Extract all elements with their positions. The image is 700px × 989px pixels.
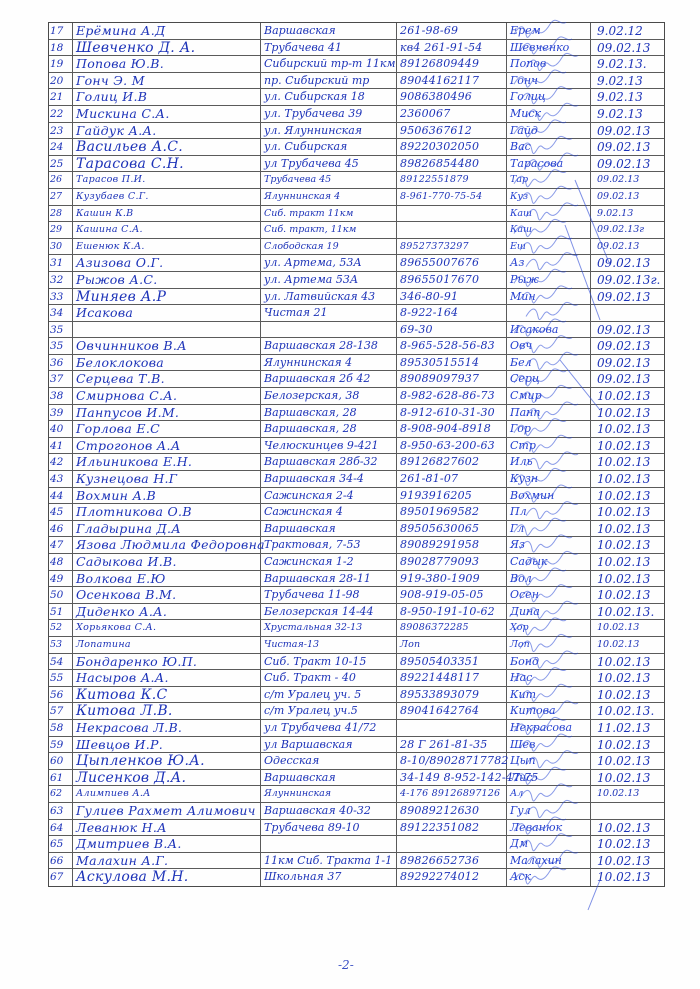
full-name-cell: Китова К.С [73,687,261,703]
full-name-cell: Насыров А.А. [73,670,261,686]
signature-cell: Дм [507,836,591,852]
date-cell: 09.02.13 [591,371,664,387]
signature-table: 17Ерёмина А.ДВаршавская261-98-69Ерем9.02… [48,22,665,887]
full-name-cell: Панпусов И.М. [73,405,261,421]
date-cell: 9.02.13 [591,206,664,222]
table-row: 51Диденко А.А.Белозерская 14-448-950-191… [49,604,664,621]
row-number-cell: 62 [49,786,73,802]
date-cell: 9.02.13. [591,56,664,72]
address-cell: Ялуннинская 4 [261,189,397,205]
date-cell: 9.02.13 [591,73,664,89]
phone-cell: 89221448117 [397,670,507,686]
full-name-cell: Садыкова И.В. [73,554,261,570]
full-name-cell: Рыжов А.С. [73,272,261,288]
row-number-cell: 42 [49,454,73,470]
date-cell: 10.02.13 [591,488,664,504]
date-cell: 09.02.13 [591,289,664,305]
signature-cell: Лис [507,770,591,786]
phone-cell: 28 Г 261-81-35 [397,737,507,753]
date-cell: 10.02.13. [591,703,664,719]
table-row: 54Бондаренко Ю.П.Сиб. Тракт 10-158950540… [49,654,664,671]
full-name-cell: Попова Ю.В. [73,56,261,72]
signature-cell: Тарасова [507,156,591,172]
full-name-cell: Малахин А.Г. [73,853,261,869]
table-row: 21Голиц И.Вул. Сибирская 189086380496Гол… [49,89,664,106]
row-number-cell: 30 [49,239,73,255]
address-cell: Сиб. Тракт - 40 [261,670,397,686]
phone-cell: 8-982-628-86-73 [397,388,507,404]
full-name-cell: Вохмин А.В [73,488,261,504]
row-number-cell: 46 [49,521,73,537]
table-row: 56Китова К.Сс/т Уралец уч. 589533893079К… [49,687,664,704]
address-cell: Варшавская 28б-32 [261,454,397,470]
row-number-cell: 67 [49,869,73,886]
phone-cell: 89044162117 [397,73,507,89]
row-number-cell: 37 [49,371,73,387]
address-cell: Трактовая, 7-53 [261,537,397,553]
date-cell: 09.02.13 [591,123,664,139]
signature-cell: Некрасова [507,720,591,736]
table-row: 31Азизова О.Г.ул. Артема, 53А89655007676… [49,255,664,272]
address-cell: Сибирский тр-т 11км [261,56,397,72]
full-name-cell: Лисенков Д.А. [73,770,261,786]
table-row: 40Горлова Е.СВаршавская, 288-908-904-891… [49,421,664,438]
full-name-cell [73,322,261,338]
phone-cell: 89505630065 [397,521,507,537]
table-row: 20Гонч Э. Мпр. Сибирский тр89044162117Го… [49,73,664,90]
table-row: 47Язова Людмила ФедоровнаТрактовая, 7-53… [49,537,664,554]
address-cell: Трубачева 45 [261,172,397,188]
date-cell: 10.02.13 [591,537,664,553]
phone-cell: 89126809449 [397,56,507,72]
signature-cell: Голиц [507,89,591,105]
signature-cell: Дина [507,604,591,620]
row-number-cell: 21 [49,89,73,105]
table-row: 59Шевцов И.Р.ул Варшавская28 Г 261-81-35… [49,737,664,754]
date-cell [591,803,664,819]
address-cell: Челюскинцев 9-421 [261,438,397,454]
signature-cell: Ерем [507,23,591,39]
signature-cell: Кит [507,687,591,703]
phone-cell: 9506367612 [397,123,507,139]
date-cell: 10.02.13 [591,786,664,802]
signature-cell: Серц [507,371,591,387]
address-cell [261,322,397,338]
table-row: 27Кузубаев С.Г.Ялуннинская 48-961-770-75… [49,189,664,206]
full-name-cell: Белоклокова [73,355,261,371]
date-cell: 11.02.13 [591,720,664,736]
phone-cell: 89826652736 [397,853,507,869]
full-name-cell: Алимпиев А.А [73,786,261,802]
row-number-cell: 39 [49,405,73,421]
address-cell: Варшавская [261,521,397,537]
date-cell: 10.02.13 [591,521,664,537]
address-cell: Сажинская 2-4 [261,488,397,504]
address-cell: ул. Артема 53А [261,272,397,288]
full-name-cell: Тарасов П.И. [73,172,261,188]
date-cell: 09.02.13 [591,338,664,354]
address-cell: ул. Сибирская [261,139,397,155]
phone-cell: 89220302050 [397,139,507,155]
date-cell: 10.02.13 [591,454,664,470]
full-name-cell: Гонч Э. М [73,73,261,89]
phone-cell: 8-912-610-31-30 [397,405,507,421]
phone-cell: 89501969582 [397,504,507,520]
date-cell: 09.02.13г [591,222,664,238]
table-row: 64Леванюк Н.АТрубачева 89-1089122351082Л… [49,820,664,837]
date-cell [591,305,664,321]
signature-cell: Кузн [507,471,591,487]
row-number-cell: 24 [49,139,73,155]
phone-cell: 8-965-528-56-83 [397,338,507,354]
phone-cell: 89041642764 [397,703,507,719]
signature-cell: Ал [507,786,591,802]
date-cell: 9.02.13 [591,106,664,122]
row-number-cell: 33 [49,289,73,305]
address-cell: Варшавская 28-11 [261,571,397,587]
address-cell: с/т Уралец уч.5 [261,703,397,719]
signature-cell: Вохмин [507,488,591,504]
phone-cell: 69-30 [397,322,507,338]
signature-cell: Попов [507,56,591,72]
phone-cell [397,206,507,222]
table-row: 48Садыкова И.В.Сажинская 1-289028779093С… [49,554,664,571]
table-row: 58Некрасова Л.В.ул Трубачева 41/72Некрас… [49,720,664,737]
signature-cell: Вас [507,139,591,155]
row-number-cell: 48 [49,554,73,570]
address-cell: Белозерская 14-44 [261,604,397,620]
signature-cell: Смир [507,388,591,404]
address-cell: Варшавская 2б 42 [261,371,397,387]
address-cell: ул. Ялуннинская [261,123,397,139]
table-row: 23Гайдук А.А.ул. Ялуннинская9506367612Га… [49,123,664,140]
row-number-cell: 32 [49,272,73,288]
address-cell: Школьная 37 [261,869,397,886]
phone-cell: 89126827602 [397,454,507,470]
table-row: 60Цыпленков Ю.А.Одесская8-10/89028717782… [49,753,664,770]
address-cell: Варшавская, 28 [261,421,397,437]
address-cell: Чистая 21 [261,305,397,321]
signature-cell: Гл [507,521,591,537]
table-row: 50Осенкова В.М.Трубачева 11-98908-919-05… [49,587,664,604]
signature-cell: Яз [507,537,591,553]
full-name-cell: Цыпленков Ю.А. [73,753,261,769]
row-number-cell: 17 [49,23,73,39]
page-number: -2- [338,958,354,972]
date-cell: 10.02.13 [591,554,664,570]
full-name-cell: Кузубаев С.Г. [73,189,261,205]
row-number-cell: 43 [49,471,73,487]
phone-cell: 8-950-63-200-63 [397,438,507,454]
address-cell: Трубачева 41 [261,40,397,56]
table-row: 67Аскулова М.Н.Школьная 3789292274012Аск… [49,869,664,886]
table-row: 30Ешенюк К.А.Слободская 1989527373297Еш0… [49,239,664,256]
table-row: 41Строгонов А.АЧелюскинцев 9-4218-950-63… [49,438,664,455]
signature-cell: Еш [507,239,591,255]
address-cell: ул Варшавская [261,737,397,753]
table-row: 49Волкова Е.ЮВаршавская 28-11919-380-190… [49,571,664,588]
full-name-cell: Некрасова Л.В. [73,720,261,736]
table-row: 57Китова Л.В.с/т Уралец уч.589041642764К… [49,703,664,720]
address-cell: Одесская [261,753,397,769]
full-name-cell: Гулиев Рахмет Алимович [73,803,261,819]
row-number-cell: 23 [49,123,73,139]
address-cell: ул. Трубачева 39 [261,106,397,122]
table-row: 26Тарасов П.И.Трубачева 4589122551879Тар… [49,172,664,189]
address-cell: ул Трубачева 45 [261,156,397,172]
phone-cell: кв4 261-91-54 [397,40,507,56]
signature-cell: Гонч [507,73,591,89]
date-cell: 09.02.13 [591,40,664,56]
full-name-cell: Шевченко Д. А. [73,40,261,56]
full-name-cell: Гайдук А.А. [73,123,261,139]
signature-cell: Вол [507,571,591,587]
address-cell: Варшавская, 28 [261,405,397,421]
signature-cell: Пл [507,504,591,520]
table-row: 18Шевченко Д. А.Трубачева 41кв4 261-91-5… [49,40,664,57]
full-name-cell: Кашина С.А. [73,222,261,238]
table-row: 63Гулиев Рахмет АлимовичВаршавская 40-32… [49,803,664,820]
full-name-cell: Язова Людмила Федоровна [73,537,261,553]
row-number-cell: 63 [49,803,73,819]
phone-cell: 89655007676 [397,255,507,271]
row-number-cell: 60 [49,753,73,769]
phone-cell: 919-380-1909 [397,571,507,587]
date-cell: 09.02.13 [591,355,664,371]
address-cell: Ялуннинская 4 [261,355,397,371]
row-number-cell: 27 [49,189,73,205]
address-cell: Хрустальная 32-13 [261,620,397,636]
signature-cell: Овч [507,338,591,354]
address-cell: Варшавская 34-4 [261,471,397,487]
address-cell: Сиб. тракт, 11км [261,222,397,238]
phone-cell: 89089212630 [397,803,507,819]
signature-cell [507,305,591,321]
full-name-cell: Васильев А.С. [73,139,261,155]
full-name-cell: Исакова [73,305,261,321]
row-number-cell: 34 [49,305,73,321]
date-cell: 9.02.13 [591,89,664,105]
full-name-cell: Кашин К.В [73,206,261,222]
address-cell: Ялуннинская [261,786,397,802]
table-row: 43Кузнецова Н.ГВаршавская 34-4261-81-07К… [49,471,664,488]
address-cell: Слободская 19 [261,239,397,255]
row-number-cell: 25 [49,156,73,172]
date-cell: 10.02.13 [591,853,664,869]
row-number-cell: 29 [49,222,73,238]
signature-cell: Лоп [507,637,591,653]
table-row: 62Алимпиев А.АЯлуннинская4-176 891268971… [49,786,664,803]
full-name-cell: Тарасова С.Н. [73,156,261,172]
row-number-cell: 66 [49,853,73,869]
phone-cell: 8-922-164 [397,305,507,321]
phone-cell: 89655017670 [397,272,507,288]
row-number-cell: 40 [49,421,73,437]
date-cell: 10.02.13 [591,438,664,454]
signature-cell: Цып [507,753,591,769]
phone-cell: 89122551879 [397,172,507,188]
phone-cell: 89086372285 [397,620,507,636]
row-number-cell: 64 [49,820,73,836]
signature-cell: Каш [507,222,591,238]
row-number-cell: 52 [49,620,73,636]
full-name-cell: Ерёмина А.Д [73,23,261,39]
row-number-cell: 35 [49,322,73,338]
table-row: 22Мискина С.А.ул. Трубачева 392360067Мис… [49,106,664,123]
table-row: 53ЛопатинаЧистая-13ЛопЛоп10.02.13 [49,637,664,654]
address-cell: Трубачева 89-10 [261,820,397,836]
signature-cell: Стр [507,438,591,454]
full-name-cell: Мискина С.А. [73,106,261,122]
full-name-cell: Смирнова С.А. [73,388,261,404]
table-row: 25Тарасова С.Н.ул Трубачева 458982685448… [49,156,664,173]
address-cell: Варшавская [261,770,397,786]
signature-sheet-page: 17Ерёмина А.ДВаршавская261-98-69Ерем9.02… [0,0,700,989]
signature-cell: Нас [507,670,591,686]
address-cell: ул. Артема, 53А [261,255,397,271]
address-cell [261,836,397,852]
table-row: 17Ерёмина А.ДВаршавская261-98-69Ерем9.02… [49,23,664,40]
signature-cell: Шев [507,737,591,753]
phone-cell: 261-81-07 [397,471,507,487]
phone-cell: 89530515514 [397,355,507,371]
phone-cell: 89089291958 [397,537,507,553]
signature-cell: Гайд [507,123,591,139]
table-row: 46Гладырина Д.АВаршавская89505630065Гл10… [49,521,664,538]
row-number-cell: 35 [49,338,73,354]
row-number-cell: 18 [49,40,73,56]
address-cell: пр. Сибирский тр [261,73,397,89]
address-cell: Варшавская 40-32 [261,803,397,819]
row-number-cell: 57 [49,703,73,719]
date-cell: 10.02.13 [591,820,664,836]
signature-cell: Малахин [507,853,591,869]
full-name-cell: Волкова Е.Ю [73,571,261,587]
row-number-cell: 45 [49,504,73,520]
address-cell: Варшавская [261,23,397,39]
address-cell: ул. Сибирская 18 [261,89,397,105]
signature-cell: Хор [507,620,591,636]
address-cell: 11км Сиб. Тракта 1-1 [261,853,397,869]
signature-cell: Тар [507,172,591,188]
date-cell: 10.02.13 [591,388,664,404]
full-name-cell: Строгонов А.А [73,438,261,454]
row-number-cell: 53 [49,637,73,653]
signature-cell: Аз [507,255,591,271]
table-row: 36БелоклоковаЯлуннинская 489530515514Бел… [49,355,664,372]
full-name-cell: Плотникова О.В [73,504,261,520]
date-cell: 10.02.13 [591,471,664,487]
date-cell: 09.02.13 [591,255,664,271]
date-cell: 10.02.13 [591,620,664,636]
phone-cell: 2360067 [397,106,507,122]
row-number-cell: 56 [49,687,73,703]
date-cell: 10.02.13 [591,869,664,886]
date-cell: 10.02.13 [591,405,664,421]
full-name-cell: Гладырина Д.А [73,521,261,537]
address-cell: Сажинская 1-2 [261,554,397,570]
phone-cell: 89122351082 [397,820,507,836]
table-row: 29Кашина С.А.Сиб. тракт, 11кмКаш09.02.13… [49,222,664,239]
address-cell: Чистая-13 [261,637,397,653]
row-number-cell: 44 [49,488,73,504]
table-row: 38Смирнова С.А.Белозерская, 388-982-628-… [49,388,664,405]
table-row: 61Лисенков Д.А.Варшавская34-149 8-952-14… [49,770,664,787]
signature-cell: Китова [507,703,591,719]
table-row: 33Миняев А.Рул. Латвийская 43346-80-91Ми… [49,289,664,306]
phone-cell: Лоп [397,637,507,653]
row-number-cell: 41 [49,438,73,454]
phone-cell: 89826854480 [397,156,507,172]
row-number-cell: 61 [49,770,73,786]
row-number-cell: 20 [49,73,73,89]
signature-cell: Миск [507,106,591,122]
date-cell: 10.02.13 [591,637,664,653]
phone-cell: 89505403351 [397,654,507,670]
phone-cell: 89089097937 [397,371,507,387]
table-row: 65Дмитриев В.А.Дм10.02.13 [49,836,664,853]
phone-cell: 261-98-69 [397,23,507,39]
full-name-cell: Ешенюк К.А. [73,239,261,255]
table-row: 66Малахин А.Г.11км Сиб. Тракта 1-1898266… [49,853,664,870]
row-number-cell: 28 [49,206,73,222]
full-name-cell: Ильиникова Е.Н. [73,454,261,470]
full-name-cell: Горлова Е.С [73,421,261,437]
row-number-cell: 36 [49,355,73,371]
phone-cell: 8-961-770-75-54 [397,189,507,205]
full-name-cell: Шевцов И.Р. [73,737,261,753]
signature-cell: Куз [507,189,591,205]
full-name-cell: Аскулова М.Н. [73,869,261,886]
phone-cell [397,836,507,852]
address-cell: с/т Уралец уч. 5 [261,687,397,703]
phone-cell: 8-908-904-8918 [397,421,507,437]
table-row: 3569-30Исакова09.02.13 [49,322,664,339]
phone-cell: 4-176 89126897126 [397,786,507,802]
row-number-cell: 50 [49,587,73,603]
date-cell: 10.02.13 [591,587,664,603]
phone-cell: 89028779093 [397,554,507,570]
date-cell: 10.02.13. [591,604,664,620]
full-name-cell: Диденко А.А. [73,604,261,620]
full-name-cell: Хорьякова С.А. [73,620,261,636]
row-number-cell: 19 [49,56,73,72]
row-number-cell: 54 [49,654,73,670]
phone-cell: 89292274012 [397,869,507,886]
signature-cell: Панп [507,405,591,421]
table-row: 24Васильев А.С.ул. Сибирская89220302050В… [49,139,664,156]
row-number-cell: 65 [49,836,73,852]
row-number-cell: 47 [49,537,73,553]
phone-cell: 89533893079 [397,687,507,703]
full-name-cell: Бондаренко Ю.П. [73,654,261,670]
address-cell: Сиб. тракт 11км [261,206,397,222]
table-row: 35Овчинников В.АВаршавская 28-1388-965-5… [49,338,664,355]
address-cell: Варшавская 28-138 [261,338,397,354]
full-name-cell: Леванюк Н.А [73,820,261,836]
date-cell: 09.02.13 [591,189,664,205]
full-name-cell: Голиц И.В [73,89,261,105]
table-row: 28Кашин К.ВСиб. тракт 11кмКаш9.02.13 [49,206,664,223]
table-row: 45Плотникова О.ВСажинская 489501969582Пл… [49,504,664,521]
signature-cell: Шевченко [507,40,591,56]
date-cell: 10.02.13 [591,654,664,670]
table-row: 52Хорьякова С.А.Хрустальная 32-138908637… [49,620,664,637]
signature-cell: Исакова [507,322,591,338]
date-cell: 10.02.13 [591,836,664,852]
date-cell: 10.02.13 [591,737,664,753]
full-name-cell: Миняев А.Р [73,289,261,305]
